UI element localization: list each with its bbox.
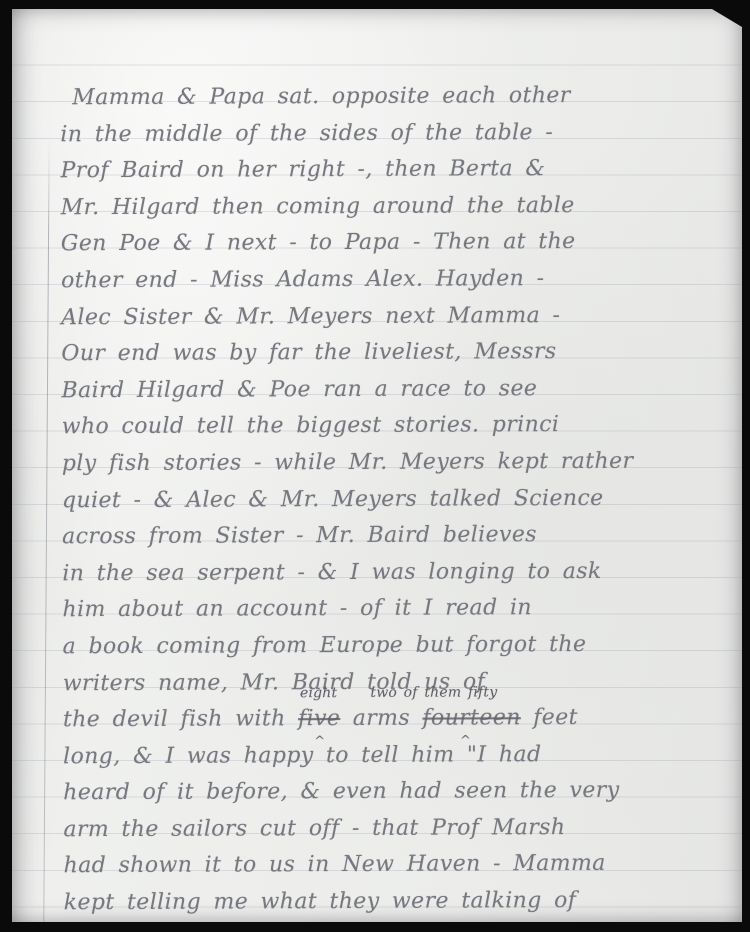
manuscript-line: in the middle of the sides of the table … <box>60 114 632 153</box>
paper-sheet: Mamma & Papa sat. opposite each other in… <box>12 9 742 922</box>
manuscript-line: Prof Baird on her right -, then Berta & <box>60 151 632 190</box>
interlinear-insertion: eight <box>300 686 337 700</box>
manuscript-line: writers name, Mr. Baird told us of <box>63 663 635 702</box>
manuscript-line: long, & I was happy to tell him "I had <box>63 736 635 775</box>
struck-word-wrap: eightfive^ <box>298 701 340 738</box>
manuscript-line: who could tell the biggest stories. prin… <box>62 407 634 446</box>
manuscript-line: in the sea serpent - & I was longing to … <box>62 553 634 592</box>
manuscript-line: Our end was by far the liveliest, Messrs <box>61 334 633 373</box>
manuscript-line: heard of it before, & even had seen the … <box>63 773 635 812</box>
edit-line-post: feet <box>521 705 578 730</box>
struck-word: fourteen <box>422 705 520 730</box>
manuscript-line: arm the sailors cut off - that Prof Mars… <box>63 810 635 849</box>
manuscript-line: Baird Hilgard & Poe ran a race to see <box>61 371 633 410</box>
manuscript-line: ply fish stories - while Mr. Meyers kept… <box>62 444 634 483</box>
manuscript-text-block: Mamma & Papa sat. opposite each other in… <box>60 78 635 922</box>
manuscript-line: Alec Sister & Mr. Meyers next Mamma - <box>61 297 633 336</box>
manuscript-line: other end - Miss Adams Alex. Hayden - <box>61 261 633 300</box>
manuscript-line: across from Sister - Mr. Baird believes <box>62 517 634 556</box>
page-scan: Mamma & Papa sat. opposite each other in… <box>0 0 750 932</box>
caret-mark: ^ <box>460 734 471 747</box>
manuscript-line: him about an account - of it I read in <box>62 590 634 629</box>
interlinear-insertion: two of them fifty <box>370 685 497 700</box>
struck-word: five <box>298 706 340 731</box>
edit-line-mid: arms <box>340 706 422 731</box>
manuscript-line: Mr. Hilgard then coming around the table <box>61 188 633 227</box>
manuscript-line: a book coming from Europe but forgot the <box>63 627 635 666</box>
manuscript-line: Mamma & Papa sat. opposite each other <box>60 78 632 117</box>
manuscript-line: Gen Poe & I next - to Papa - Then at the <box>61 224 633 263</box>
edit-line-pre: the devil fish with <box>63 706 298 732</box>
manuscript-line: kept telling me what they were talking o… <box>64 883 636 922</box>
caret-mark: ^ <box>314 735 325 748</box>
manuscript-line: had shown it to us in New Haven - Mamma <box>64 846 636 885</box>
manuscript-line-with-edits: the devil fish with eightfive^ arms two … <box>63 700 635 739</box>
struck-word-wrap: two of them fiftyfourteen^ <box>422 700 520 737</box>
manuscript-line: quiet - & Alec & Mr. Meyers talked Scien… <box>62 480 634 519</box>
